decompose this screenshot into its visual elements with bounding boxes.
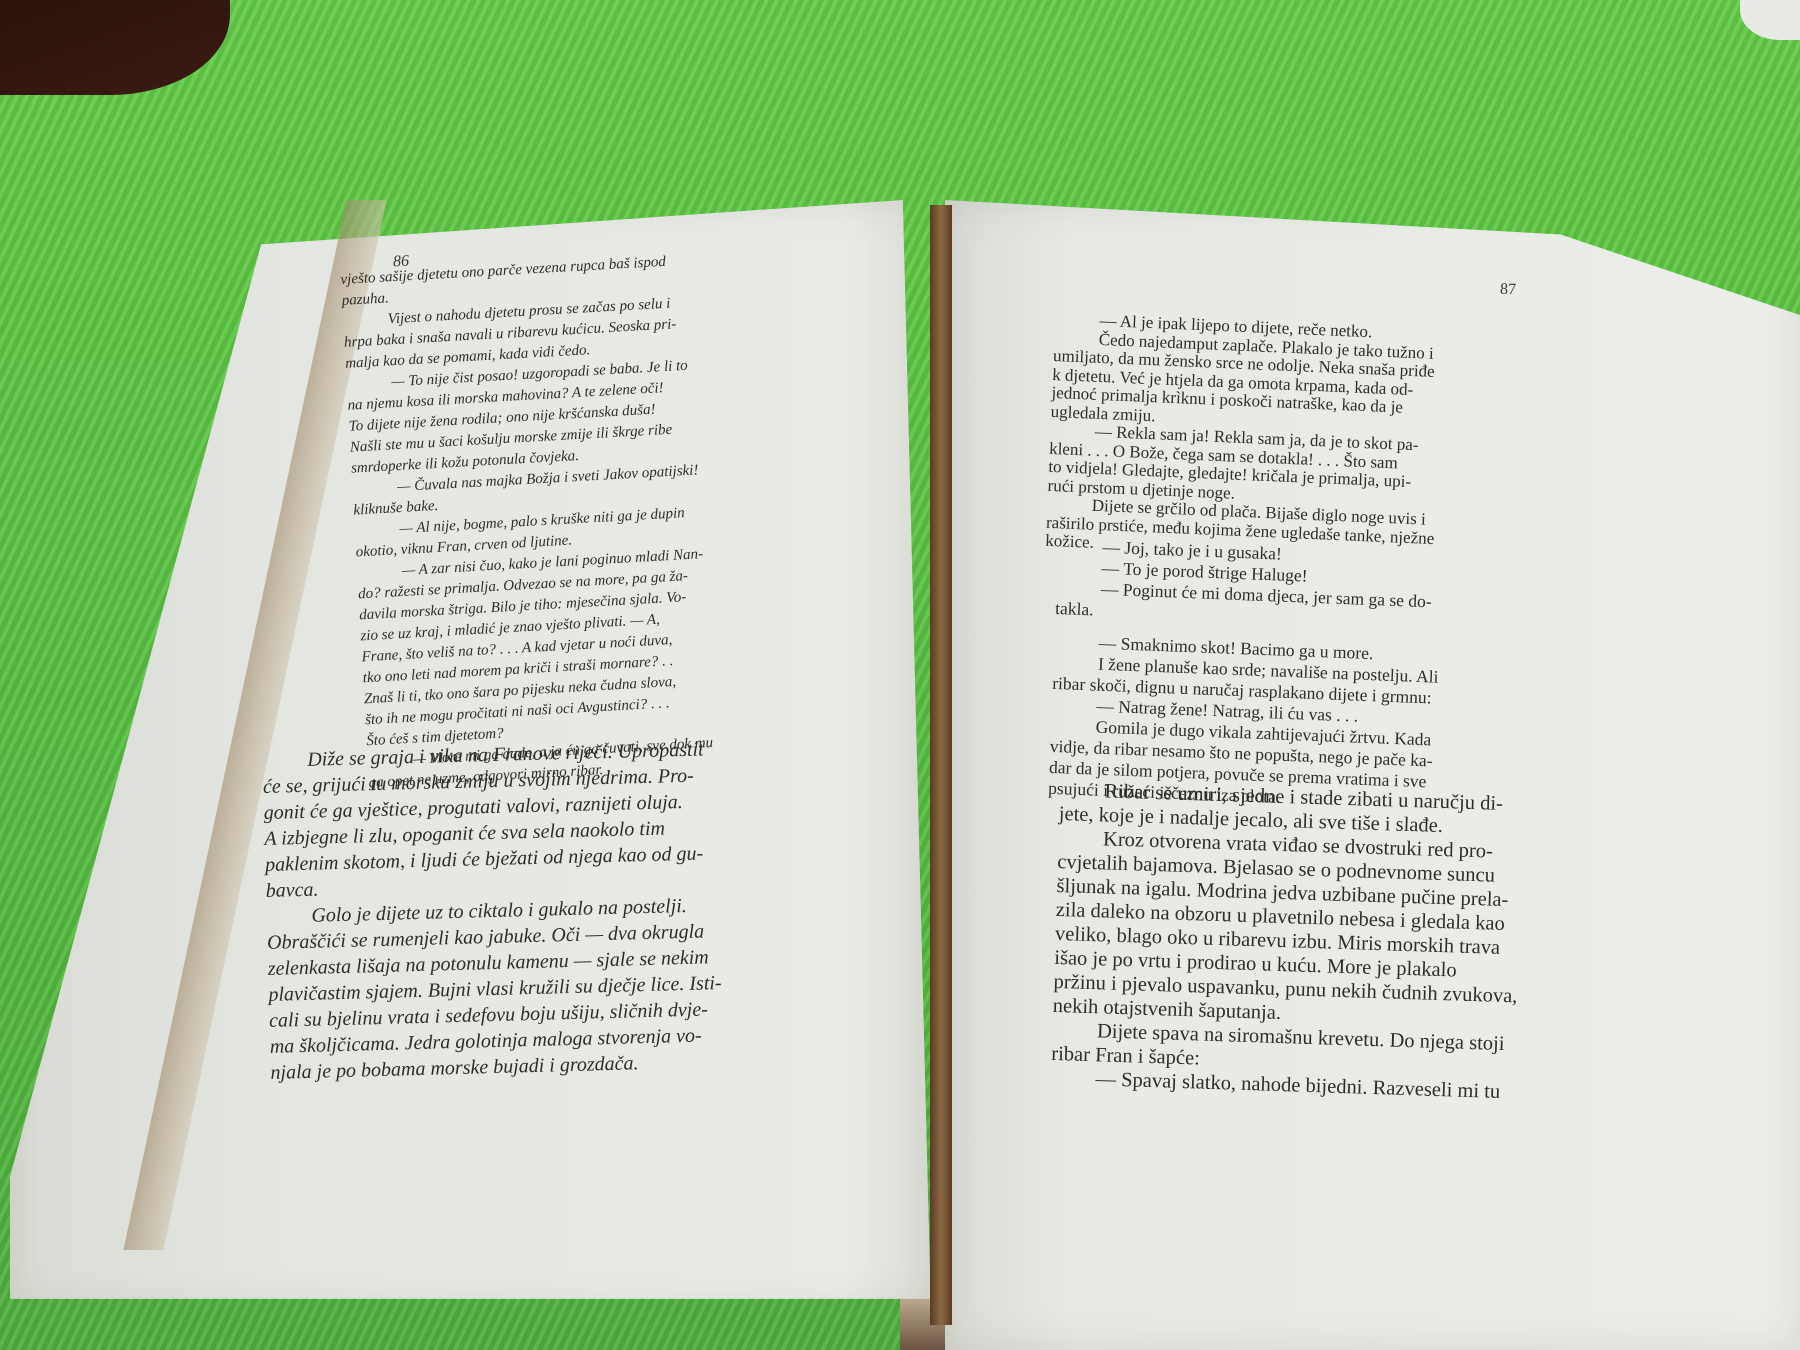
right-page-middle-text: — Joj, tako je i u gusaka! — To je porod…: [1048, 535, 1444, 814]
left-page-lower-text: Diže se graja i vika na Franove riječi. …: [262, 736, 724, 1086]
right-page-lower-text: Ribar se umiri, sjedne i stade zibati u …: [1050, 778, 1524, 1104]
page-number-right: 87: [1500, 281, 1517, 300]
left-page-upper-text: vješto sašije djetetu ono parče vezena r…: [340, 233, 1028, 794]
right-page-upper-text: — Al je ipak lijepo to dijete, reče netk…: [1045, 310, 1443, 567]
